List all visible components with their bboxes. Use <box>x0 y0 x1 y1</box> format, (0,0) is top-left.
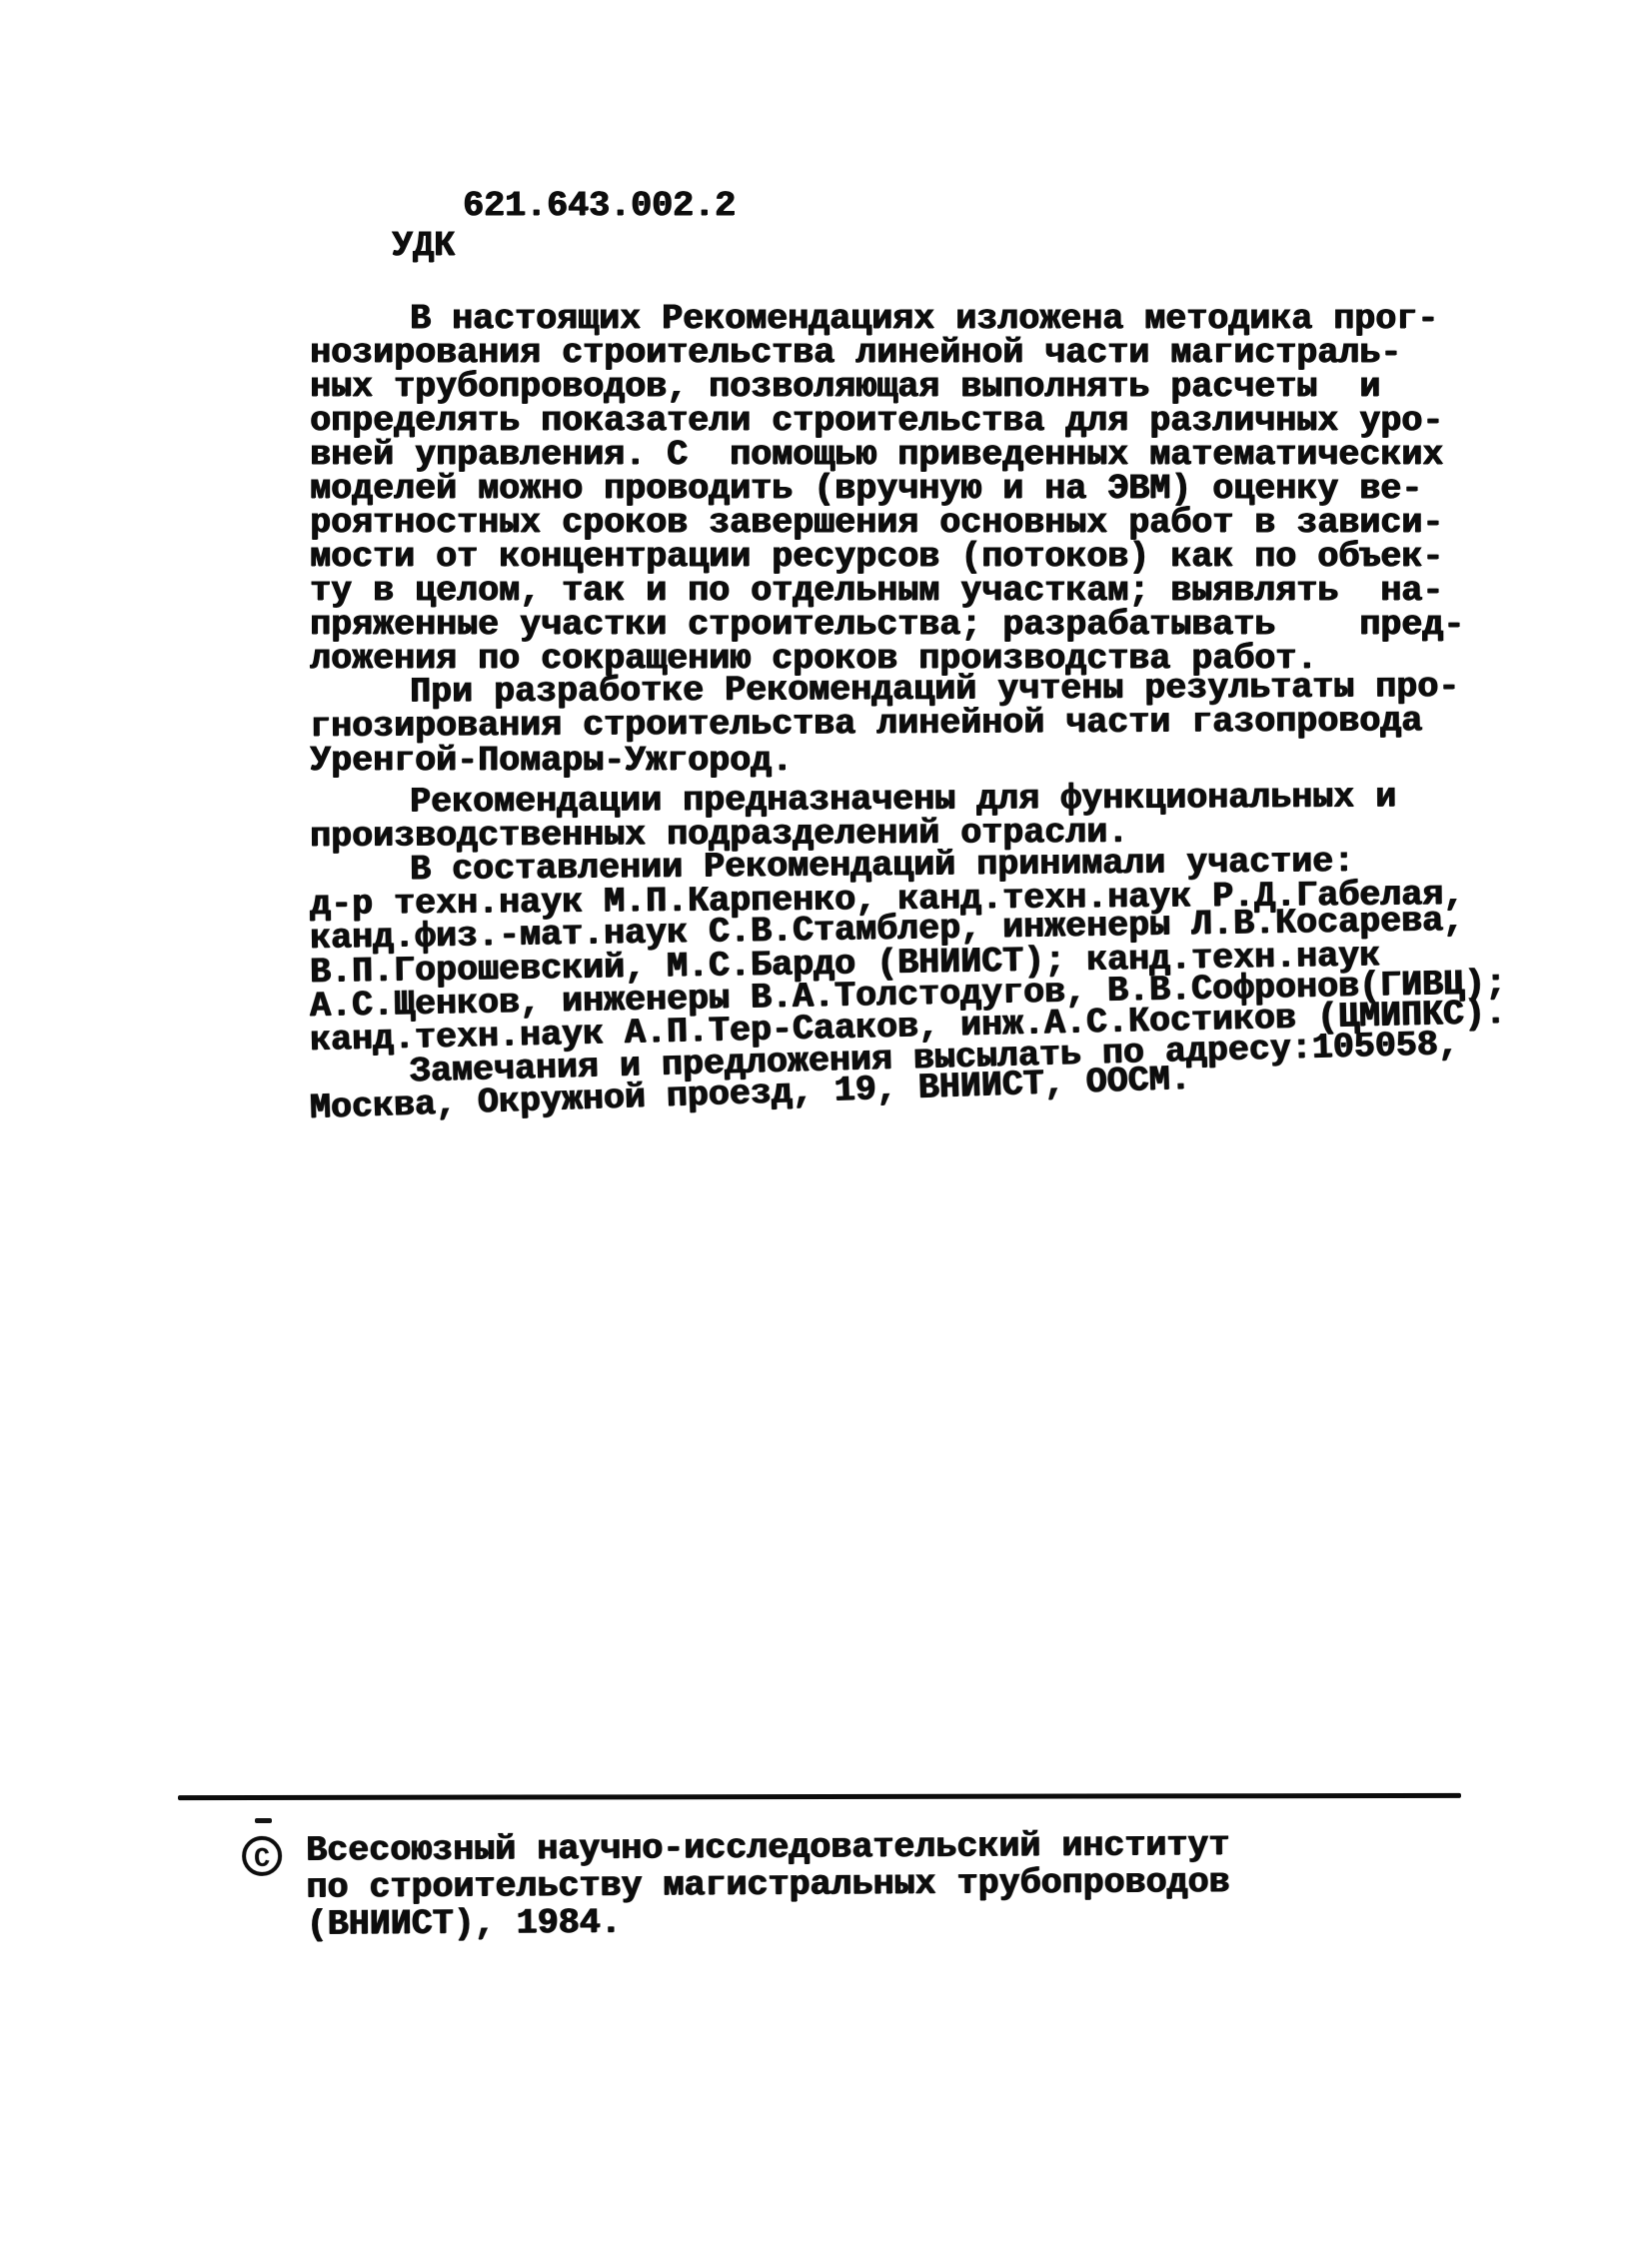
copyright-line: по строительству магистральных трубопров… <box>306 1864 1229 1907</box>
text-line: ных трубопроводов, позволяющая выполнять… <box>310 370 1549 404</box>
copyright-block: С Всесоюзный научно-исследовательский ин… <box>242 1827 1230 1944</box>
text-line: мости от концентрации ресурсов (потоков)… <box>310 540 1549 574</box>
text-line: Уренгой-Помары-Ужгород. <box>310 744 1549 778</box>
text-line: нозирования строительства линейной части… <box>310 336 1549 370</box>
text-line: моделей можно проводить (вручную и на ЭВ… <box>310 472 1549 506</box>
udk-number: 621.643.002.2 <box>463 186 736 226</box>
udk-label: УДК <box>392 226 455 266</box>
divider-line <box>178 1793 1461 1800</box>
body-text: В настоящих Рекомендациях изложена метод… <box>310 302 1549 1125</box>
text-line: В настоящих Рекомендациях изложена метод… <box>310 302 1549 336</box>
text-line: вней управления. С помощью приведенных м… <box>310 438 1549 472</box>
scanned-document-page: УДК 621.643.002.2 В настоящих Рекомендац… <box>0 0 1652 2243</box>
text-line: пряженные участки строительства; разраба… <box>310 608 1549 642</box>
text-line: роятностных сроков завершения основных р… <box>310 506 1549 540</box>
text-line: ту в целом, так и по отдельным участкам;… <box>310 574 1549 608</box>
copyright-text: Всесоюзный научно-исследовательский инст… <box>306 1827 1230 1944</box>
ink-smudge <box>255 1818 272 1823</box>
text-line: определять показатели строительства для … <box>310 404 1549 438</box>
udk-line: УДК 621.643.002.2 <box>308 186 455 226</box>
copyright-icon: С <box>242 1836 282 1876</box>
copyright-line: (ВНИИСТ), 1984. <box>306 1901 1229 1944</box>
text-line: гнозирования строительства линейной част… <box>310 704 1549 744</box>
